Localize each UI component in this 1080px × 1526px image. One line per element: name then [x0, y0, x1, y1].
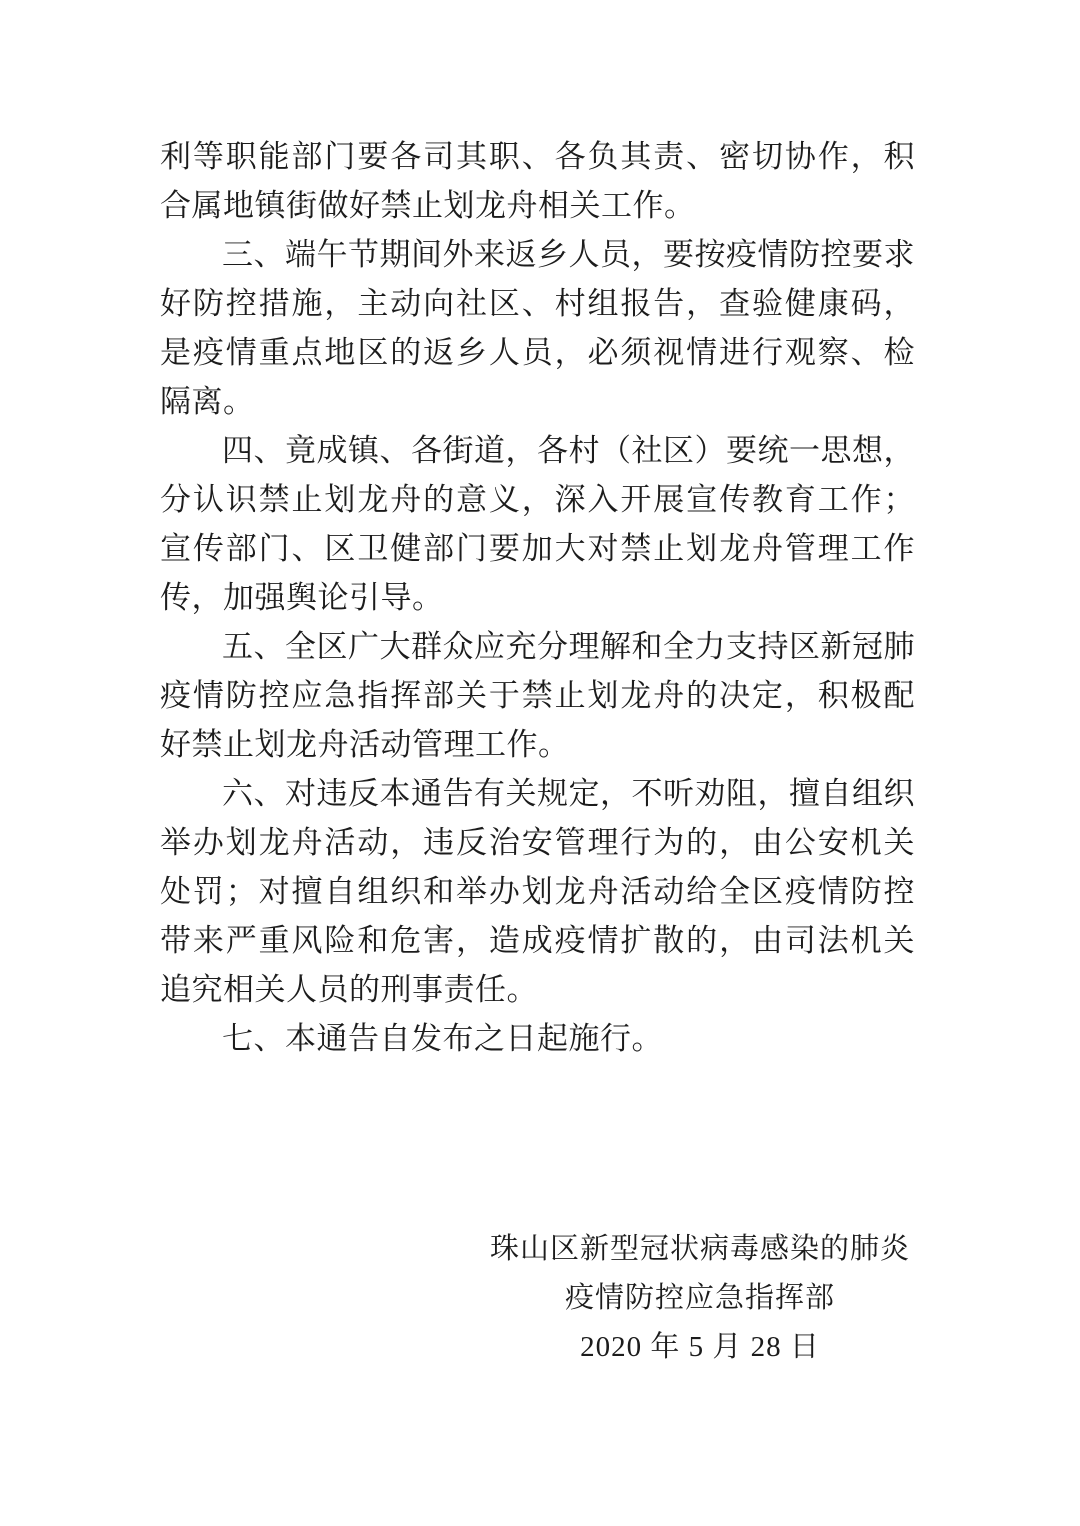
body-line: 举办划龙舟活动，违反治安管理行为的，由公安机关依法: [160, 818, 915, 867]
notice-body: 利等职能部门要各司其职、各负其责、密切协作，积极配 合属地镇街做好禁止划龙舟相关…: [160, 132, 915, 1063]
body-line: 六、对违反本通告有关规定，不听劝阻，擅自组织和: [160, 769, 915, 818]
paragraph-continuation: 利等职能部门要各司其职、各负其责、密切协作，积极配 合属地镇街做好禁止划龙舟相关…: [160, 132, 915, 230]
body-line: 宣传部门、区卫健部门要加大对禁止划龙舟管理工作的宣: [160, 524, 915, 573]
body-line: 好禁止划龙舟活动管理工作。: [160, 720, 915, 769]
body-line: 追究相关人员的刑事责任。: [160, 965, 915, 1014]
paragraph-item-7: 七、本通告自发布之日起施行。: [160, 1014, 915, 1063]
body-line: 分认识禁止划龙舟的意义，深入开展宣传教育工作；区委: [160, 475, 915, 524]
body-line: 是疫情重点地区的返乡人员，必须视情进行观察、检测、: [160, 328, 915, 377]
body-line: 五、全区广大群众应充分理解和全力支持区新冠肺炎: [160, 622, 915, 671]
document-page: 利等职能部门要各司其职、各负其责、密切协作，积极配 合属地镇街做好禁止划龙舟相关…: [0, 0, 1080, 1526]
paragraph-item-6: 六、对违反本通告有关规定，不听劝阻，擅自组织和 举办划龙舟活动，违反治安管理行为…: [160, 769, 915, 1014]
signature-block: 珠山区新型冠状病毒感染的肺炎 疫情防控应急指挥部 2020 年 5 月 28 日: [480, 1225, 920, 1372]
body-line: 传，加强舆论引导。: [160, 573, 915, 622]
signature-org-line-1: 珠山区新型冠状病毒感染的肺炎: [480, 1225, 920, 1274]
paragraph-item-3: 三、端午节期间外来返乡人员，要按疫情防控要求做 好防控措施，主动向社区、村组报告…: [160, 230, 915, 426]
body-line: 合属地镇街做好禁止划龙舟相关工作。: [160, 181, 915, 230]
body-line: 带来严重风险和危害，造成疫情扩散的，由司法机关依法: [160, 916, 915, 965]
body-line: 好防控措施，主动向社区、村组报告，查验健康码，特别: [160, 279, 915, 328]
paragraph-item-4: 四、竟成镇、各街道，各村（社区）要统一思想，充 分认识禁止划龙舟的意义，深入开展…: [160, 426, 915, 622]
body-line: 疫情防控应急指挥部关于禁止划龙舟的决定，积极配合做: [160, 671, 915, 720]
paragraph-item-5: 五、全区广大群众应充分理解和全力支持区新冠肺炎 疫情防控应急指挥部关于禁止划龙舟…: [160, 622, 915, 769]
body-line: 四、竟成镇、各街道，各村（社区）要统一思想，充: [160, 426, 915, 475]
body-line: 三、端午节期间外来返乡人员，要按疫情防控要求做: [160, 230, 915, 279]
signature-date: 2020 年 5 月 28 日: [480, 1323, 920, 1372]
body-line: 隔离。: [160, 377, 915, 426]
body-line: 利等职能部门要各司其职、各负其责、密切协作，积极配: [160, 132, 915, 181]
body-line: 七、本通告自发布之日起施行。: [160, 1014, 915, 1063]
body-line: 处罚；对擅自组织和举办划龙舟活动给全区疫情防控工作: [160, 867, 915, 916]
signature-org-line-2: 疫情防控应急指挥部: [480, 1274, 920, 1323]
